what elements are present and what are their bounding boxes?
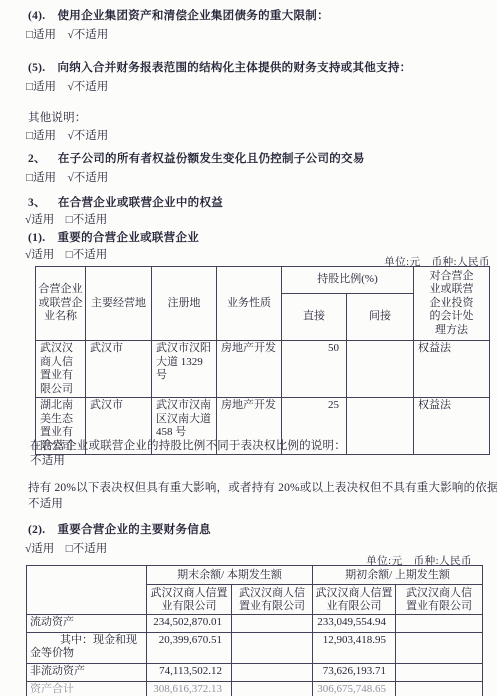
table-header-row: 期末余额/ 本期发生额 期初余额/ 上期发生额 — [27, 566, 483, 585]
row-label: 非流动资产 — [27, 664, 147, 682]
jv-business-header: 业务性质 — [217, 267, 282, 341]
table-row: 流动资产 234,502,870.01 233,049,554.94 — [27, 615, 483, 633]
jv-registration-header: 注册地 — [152, 267, 217, 341]
closing-balance-header: 期末余额/ 本期发生额 — [147, 566, 313, 585]
subsection-2-title: 重要合营企业的主要财务信息 — [57, 524, 210, 536]
other-note-applicability: □适用 √不适用 — [26, 127, 108, 143]
value-cell: 306,675,748.65 — [313, 682, 396, 696]
table-header-row: 合营企业或联营企业名称 主要经营地 注册地 业务性质 持股比例(%) 对合营企业… — [36, 267, 490, 294]
voting-ratio-note: 在合营企业或联营企业的持股比例不同于表决权比例的说明： — [30, 437, 346, 453]
section-2-title: 在子公司的所有者权益份额发生变化且仍控制子公司的交易 — [58, 153, 365, 165]
value-cell — [396, 682, 483, 696]
jv-registration-cell: 武汉市汉阳大道 1329 号 — [152, 341, 217, 398]
document-page: (4).使用企业集团资产和清偿企业集团债务的重大限制： □适用 √不适用 (5)… — [0, 0, 497, 696]
jv-direct-cell: 50 — [282, 341, 347, 398]
jv-indirect-cell — [347, 398, 414, 455]
opening-balance-header: 期初余额/ 上期发生额 — [313, 566, 483, 585]
other-note-label: 其他说明： — [28, 109, 87, 125]
financial-info-table: 期末余额/ 本期发生额 期初余额/ 上期发生额 武汉汉商人信置业有限公司 武汉汉… — [26, 565, 483, 696]
value-cell: 73,626,193.71 — [313, 664, 396, 682]
value-cell: 308,616,372.13 — [147, 682, 232, 696]
subsection-1-applicability: √适用 □不适用 — [25, 246, 107, 262]
company-header: 武汉汉商人信置业有限公司 — [147, 585, 232, 615]
value-cell — [396, 664, 483, 682]
jv-place-header: 主要经营地 — [86, 267, 152, 341]
blank-corner-cell — [27, 566, 147, 615]
company-header: 武汉汉商人信置业有限公司 — [313, 585, 396, 615]
value-cell: 12,903,418.95 — [313, 633, 396, 664]
jv-shareholding-header: 持股比例(%) — [282, 267, 414, 294]
section-4-number: (4). — [28, 10, 45, 22]
voting-ratio-na: 不适用 — [30, 452, 65, 468]
jv-indirect-cell — [347, 341, 414, 398]
value-cell — [396, 633, 483, 664]
section-4-applicability: □适用 √不适用 — [26, 26, 108, 42]
subsection-2-heading: (2).重要合营企业的主要财务信息 — [28, 521, 211, 537]
section-2-number: 2、 — [28, 150, 46, 166]
row-label: 资产合计 — [27, 682, 147, 696]
significant-influence-note: 持有 20%以下表决权但具有重大影响，或者持有 20%或以上表决权但不具有重大影… — [28, 479, 497, 495]
subsection-2-number: (2). — [28, 524, 45, 536]
value-cell — [232, 615, 313, 633]
jv-direct-header: 直接 — [282, 294, 347, 341]
section-5-number: (5). — [28, 62, 45, 74]
jv-name-cell: 武汉汉商人信置业有限公司 — [36, 341, 86, 398]
section-2-heading: 2、在子公司的所有者权益份额发生变化且仍控制子公司的交易 — [28, 150, 365, 166]
value-cell: 233,049,554.94 — [313, 615, 396, 633]
table-row: 武汉汉商人信置业有限公司 武汉市 武汉市汉阳大道 1329 号 房地产开发 50… — [36, 341, 490, 398]
subsection-1-title: 重要的合营企业或联营企业 — [57, 232, 199, 244]
jv-method-cell: 权益法 — [414, 341, 490, 398]
subsection-2-applicability: √适用 □不适用 — [25, 540, 107, 556]
company-header: 武汉汉商人信置业有限公司 — [396, 585, 483, 615]
row-label: 流动资产 — [27, 615, 147, 633]
value-cell: 234,502,870.01 — [147, 615, 232, 633]
subsection-1-number: (1). — [28, 232, 45, 244]
table-row: 资产合计 308,616,372.13 306,675,748.65 — [27, 682, 483, 696]
significant-influence-na: 不适用 — [28, 495, 63, 511]
company-header: 武汉汉商人信置业有限公司 — [232, 585, 313, 615]
value-cell — [232, 633, 313, 664]
value-cell: 74,113,502.12 — [147, 664, 232, 682]
jv-method-cell: 权益法 — [414, 398, 490, 455]
section-5-title: 向纳入合并财务报表范围的结构化主体提供的财务支持或其他支持： — [57, 62, 411, 74]
section-4-heading: (4).使用企业集团资产和清偿企业集团债务的重大限制： — [28, 7, 329, 23]
section-2-applicability: □适用 √不适用 — [26, 169, 108, 185]
value-cell — [232, 664, 313, 682]
section-3-number: 3、 — [28, 194, 46, 210]
section-4-title: 使用企业集团资产和清偿企业集团债务的重大限制： — [57, 10, 328, 22]
jv-business-cell: 房地产开发 — [217, 341, 282, 398]
section-5-applicability: □适用 √不适用 — [26, 78, 108, 94]
section-3-heading: 3、在合营企业或联营企业中的权益 — [28, 194, 223, 210]
table-row: 非流动资产 74,113,502.12 73,626,193.71 — [27, 664, 483, 682]
row-label: 其中：现金和现金等价物 — [27, 633, 147, 664]
section-3-applicability: √适用 □不适用 — [25, 211, 107, 227]
value-cell: 20,399,670.51 — [147, 633, 232, 664]
section-3-title: 在合营企业或联营企业中的权益 — [58, 197, 223, 209]
table-row: 其中：现金和现金等价物 20,399,670.51 12,903,418.95 — [27, 633, 483, 664]
jv-indirect-header: 间接 — [347, 294, 414, 341]
section-5-heading: (5).向纳入合并财务报表范围的结构化主体提供的财务支持或其他支持： — [28, 59, 411, 75]
jv-method-header: 对合营企业或联营企业投资的会计处理方法 — [414, 267, 490, 341]
subsection-1-heading: (1).重要的合营企业或联营企业 — [28, 229, 199, 245]
value-cell — [232, 682, 313, 696]
joint-ventures-table: 合营企业或联营企业名称 主要经营地 注册地 业务性质 持股比例(%) 对合营企业… — [35, 266, 490, 455]
jv-name-header: 合营企业或联营企业名称 — [36, 267, 86, 341]
value-cell — [396, 615, 483, 633]
jv-place-cell: 武汉市 — [86, 341, 152, 398]
